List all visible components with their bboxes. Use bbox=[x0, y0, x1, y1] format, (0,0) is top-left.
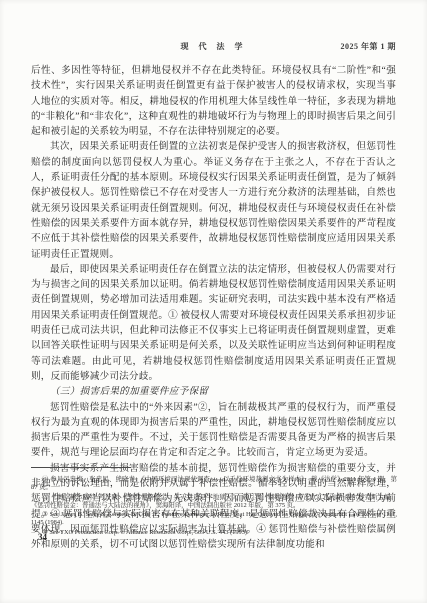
footnote-1: ① 参见吕忠梅、张忠民、熊晓青：《中国环境司法现状调查——以千份环境裁判文书为样… bbox=[31, 476, 397, 493]
footnote-separator bbox=[31, 467, 131, 468]
paragraph: 最后，即使因果关系证明责任存在倒置立法的法定情形，但被侵权人仍需要对行为与损害之… bbox=[31, 262, 396, 384]
footnote-4: ④ See TXO Production Corp. v. Alliance R… bbox=[31, 529, 397, 537]
paragraph: 惩罚性赔偿是私法中的“外来因素”②，旨在制裁极其严重的侵权行为，而严重侵权行为最… bbox=[31, 400, 396, 461]
section-heading: （三）损害后果的加重要件应予保留 bbox=[31, 384, 396, 399]
issue-label: 2025 年第 1 期 bbox=[341, 41, 397, 52]
paper-page: 现 代 法 学 2025 年第 1 期 后性、多因性等特征，但耕地侵权并不存在此… bbox=[0, 0, 427, 603]
footnote-3: ③ See James B. Sales & Kenneth B. Cole J… bbox=[31, 511, 397, 528]
footnote-2: ② ［奥］赫尔穆特·考茨欧：《惩罚性赔偿金：入天堂还是下地狱？》，载［奥］赫尔穆… bbox=[31, 494, 397, 511]
footnotes: ① 参见吕忠梅、张忠民、熊晓青：《中国环境司法现状调查——以千份环境裁判文书为样… bbox=[31, 476, 397, 538]
paragraph: 其次，因果关系证明责任倒置的立法初衷是保护受害人的损害救济权，但惩罚性赔偿的制度… bbox=[31, 139, 396, 261]
page-number: 34 bbox=[38, 532, 47, 542]
running-header: 现 代 法 学 2025 年第 1 期 bbox=[31, 41, 396, 53]
paragraph-continuation: 后性、多因性等特征，但耕地侵权并不存在此类特征。环境侵权具有“二阶性”和“强技术… bbox=[31, 63, 396, 139]
